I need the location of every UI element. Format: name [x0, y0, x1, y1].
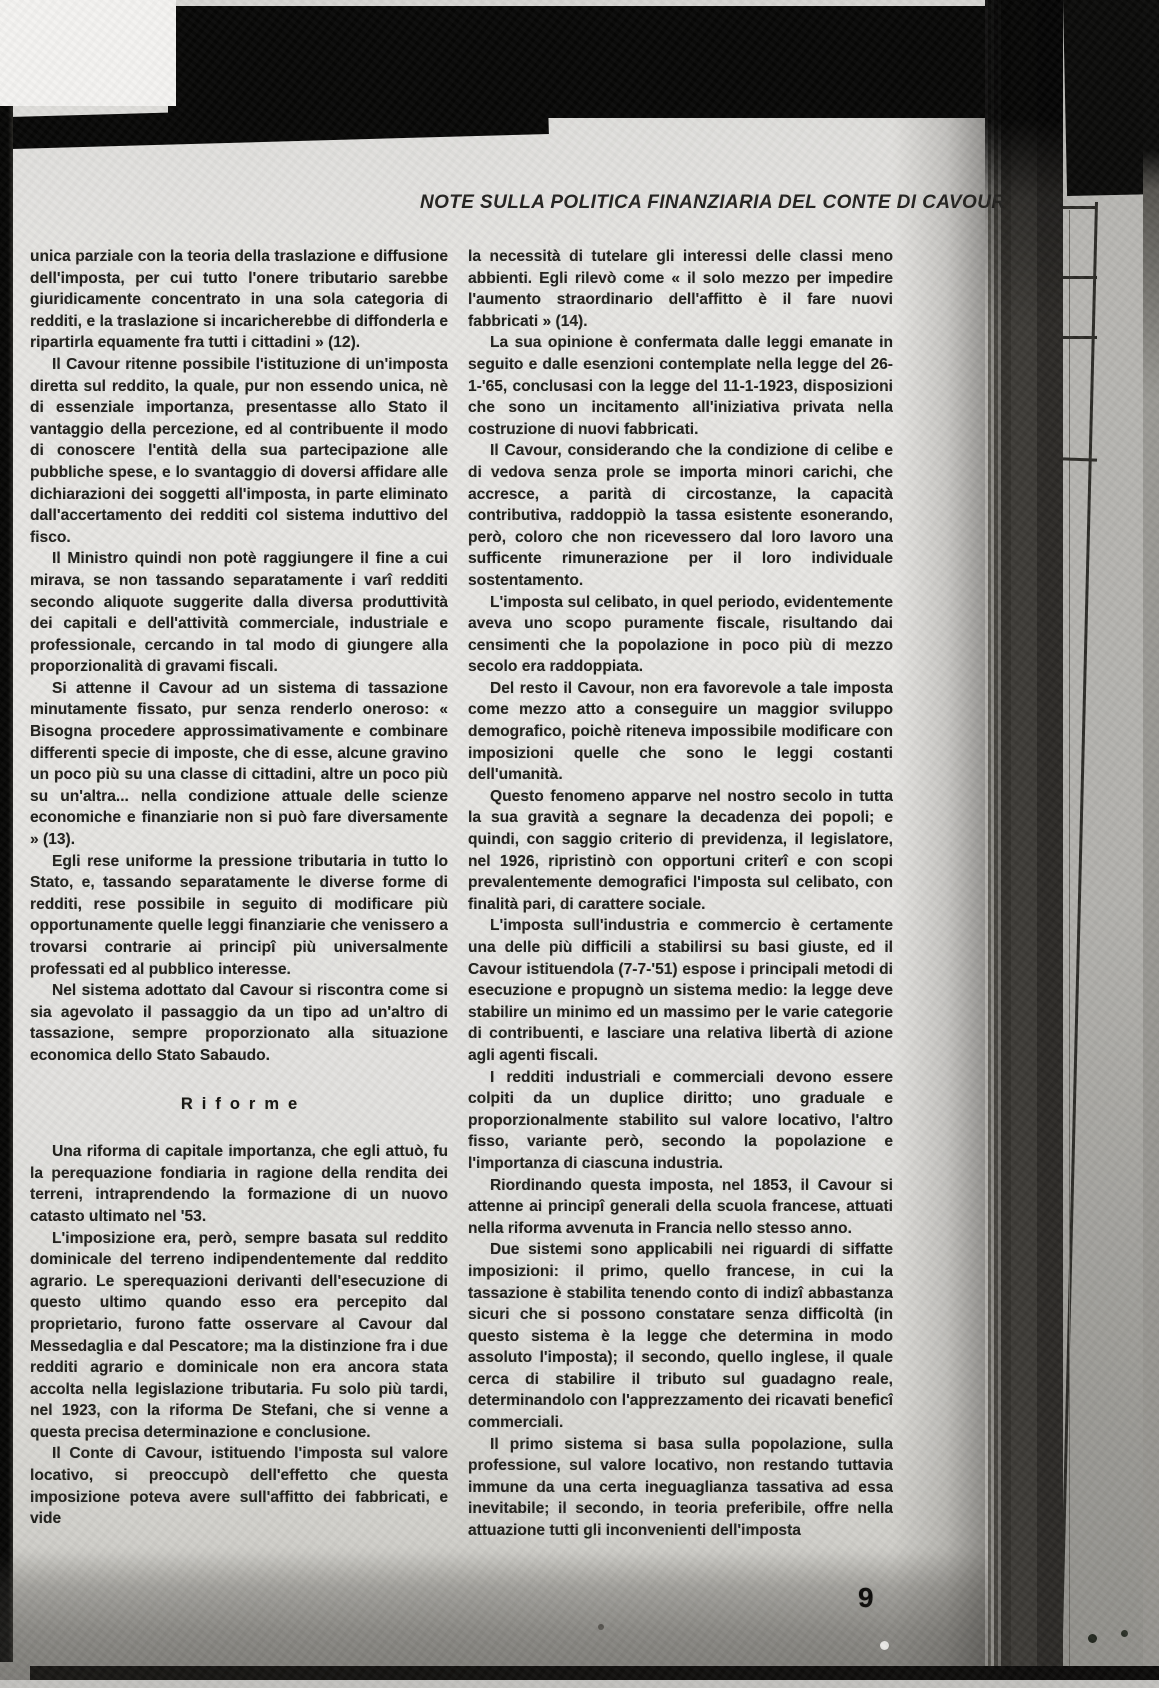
paragraph: la necessità di tutelare gli interessi d… [468, 246, 893, 332]
paragraph: Il Ministro quindi non potè raggiungere … [30, 548, 448, 678]
paragraph: I redditi industriali e commerciali devo… [468, 1067, 893, 1175]
scan-top-black-band [168, 6, 990, 118]
adjacent-page-rule-vertical-faint [1069, 210, 1070, 1670]
section-heading: Riforme [30, 1094, 448, 1116]
adjacent-page-rule-tick [1063, 336, 1097, 339]
scan-top-left-white-block [0, 0, 176, 106]
paragraph: Il Conte di Cavour, istituendo l'imposta… [30, 1443, 448, 1529]
page-curl-shadow [892, 118, 990, 1670]
paragraph: Del resto il Cavour, non era favorevole … [468, 678, 893, 786]
text-column-right: la necessità di tutelare gli interessi d… [468, 246, 893, 1546]
paragraph: Nel sistema adottato dal Cavour si risco… [30, 980, 448, 1066]
paragraph: Questo fenomeno apparve nel nostro secol… [468, 786, 893, 916]
running-header: NOTE SULLA POLITICA FINANZIARIA DEL CONT… [420, 192, 936, 214]
scanned-page: NOTE SULLA POLITICA FINANZIARIA DEL CONT… [0, 0, 1159, 1688]
paragraph: L'imposizione era, però, sempre basata s… [30, 1228, 448, 1444]
paragraph: Riordinando questa imposta, nel 1853, il… [468, 1175, 893, 1240]
adjacent-page-rule-tick [1063, 276, 1097, 279]
paragraph: Si attenne il Cavour ad un sistema di ta… [30, 678, 448, 851]
adjacent-page-rule-tick [1063, 206, 1097, 209]
paragraph: L'imposta sul celibato, in quel periodo,… [468, 592, 893, 678]
paragraph: Una riforma di capitale importanza, che … [30, 1141, 448, 1227]
text-column-left: unica parziale con la teoria della trasl… [30, 246, 448, 1558]
scan-speck-dark [1121, 1630, 1128, 1637]
scan-bottom-black-band [30, 1666, 1159, 1681]
scan-speck-dark [598, 1624, 604, 1630]
scan-speck-light [880, 1641, 889, 1650]
scan-left-black-edge [0, 106, 13, 1662]
adjacent-page-rule-vertical [1059, 202, 1098, 1672]
paragraph: La sua opinione è confermata dalle leggi… [468, 332, 893, 440]
scan-bottom-margin [0, 1680, 1159, 1688]
paragraph: Il primo sistema si basa sulla popolazio… [468, 1434, 893, 1542]
paragraph: Egli rese uniforme la pressione tributar… [30, 851, 448, 981]
paragraph: Due sistemi sono applicabili nei riguard… [468, 1239, 893, 1433]
page-number: 9 [858, 1582, 874, 1614]
paragraph: Il Cavour, considerando che la condizion… [468, 440, 893, 591]
scan-right-edge [1143, 0, 1159, 1688]
paragraph: L'imposta sull'industria e commercio è c… [468, 915, 893, 1066]
paragraph: Il Cavour ritenne possibile l'istituzion… [30, 354, 448, 548]
paragraph: unica parziale con la teoria della trasl… [30, 246, 448, 354]
book-gutter-shadow [985, 0, 1065, 1688]
scan-speck-dark [1088, 1634, 1097, 1643]
